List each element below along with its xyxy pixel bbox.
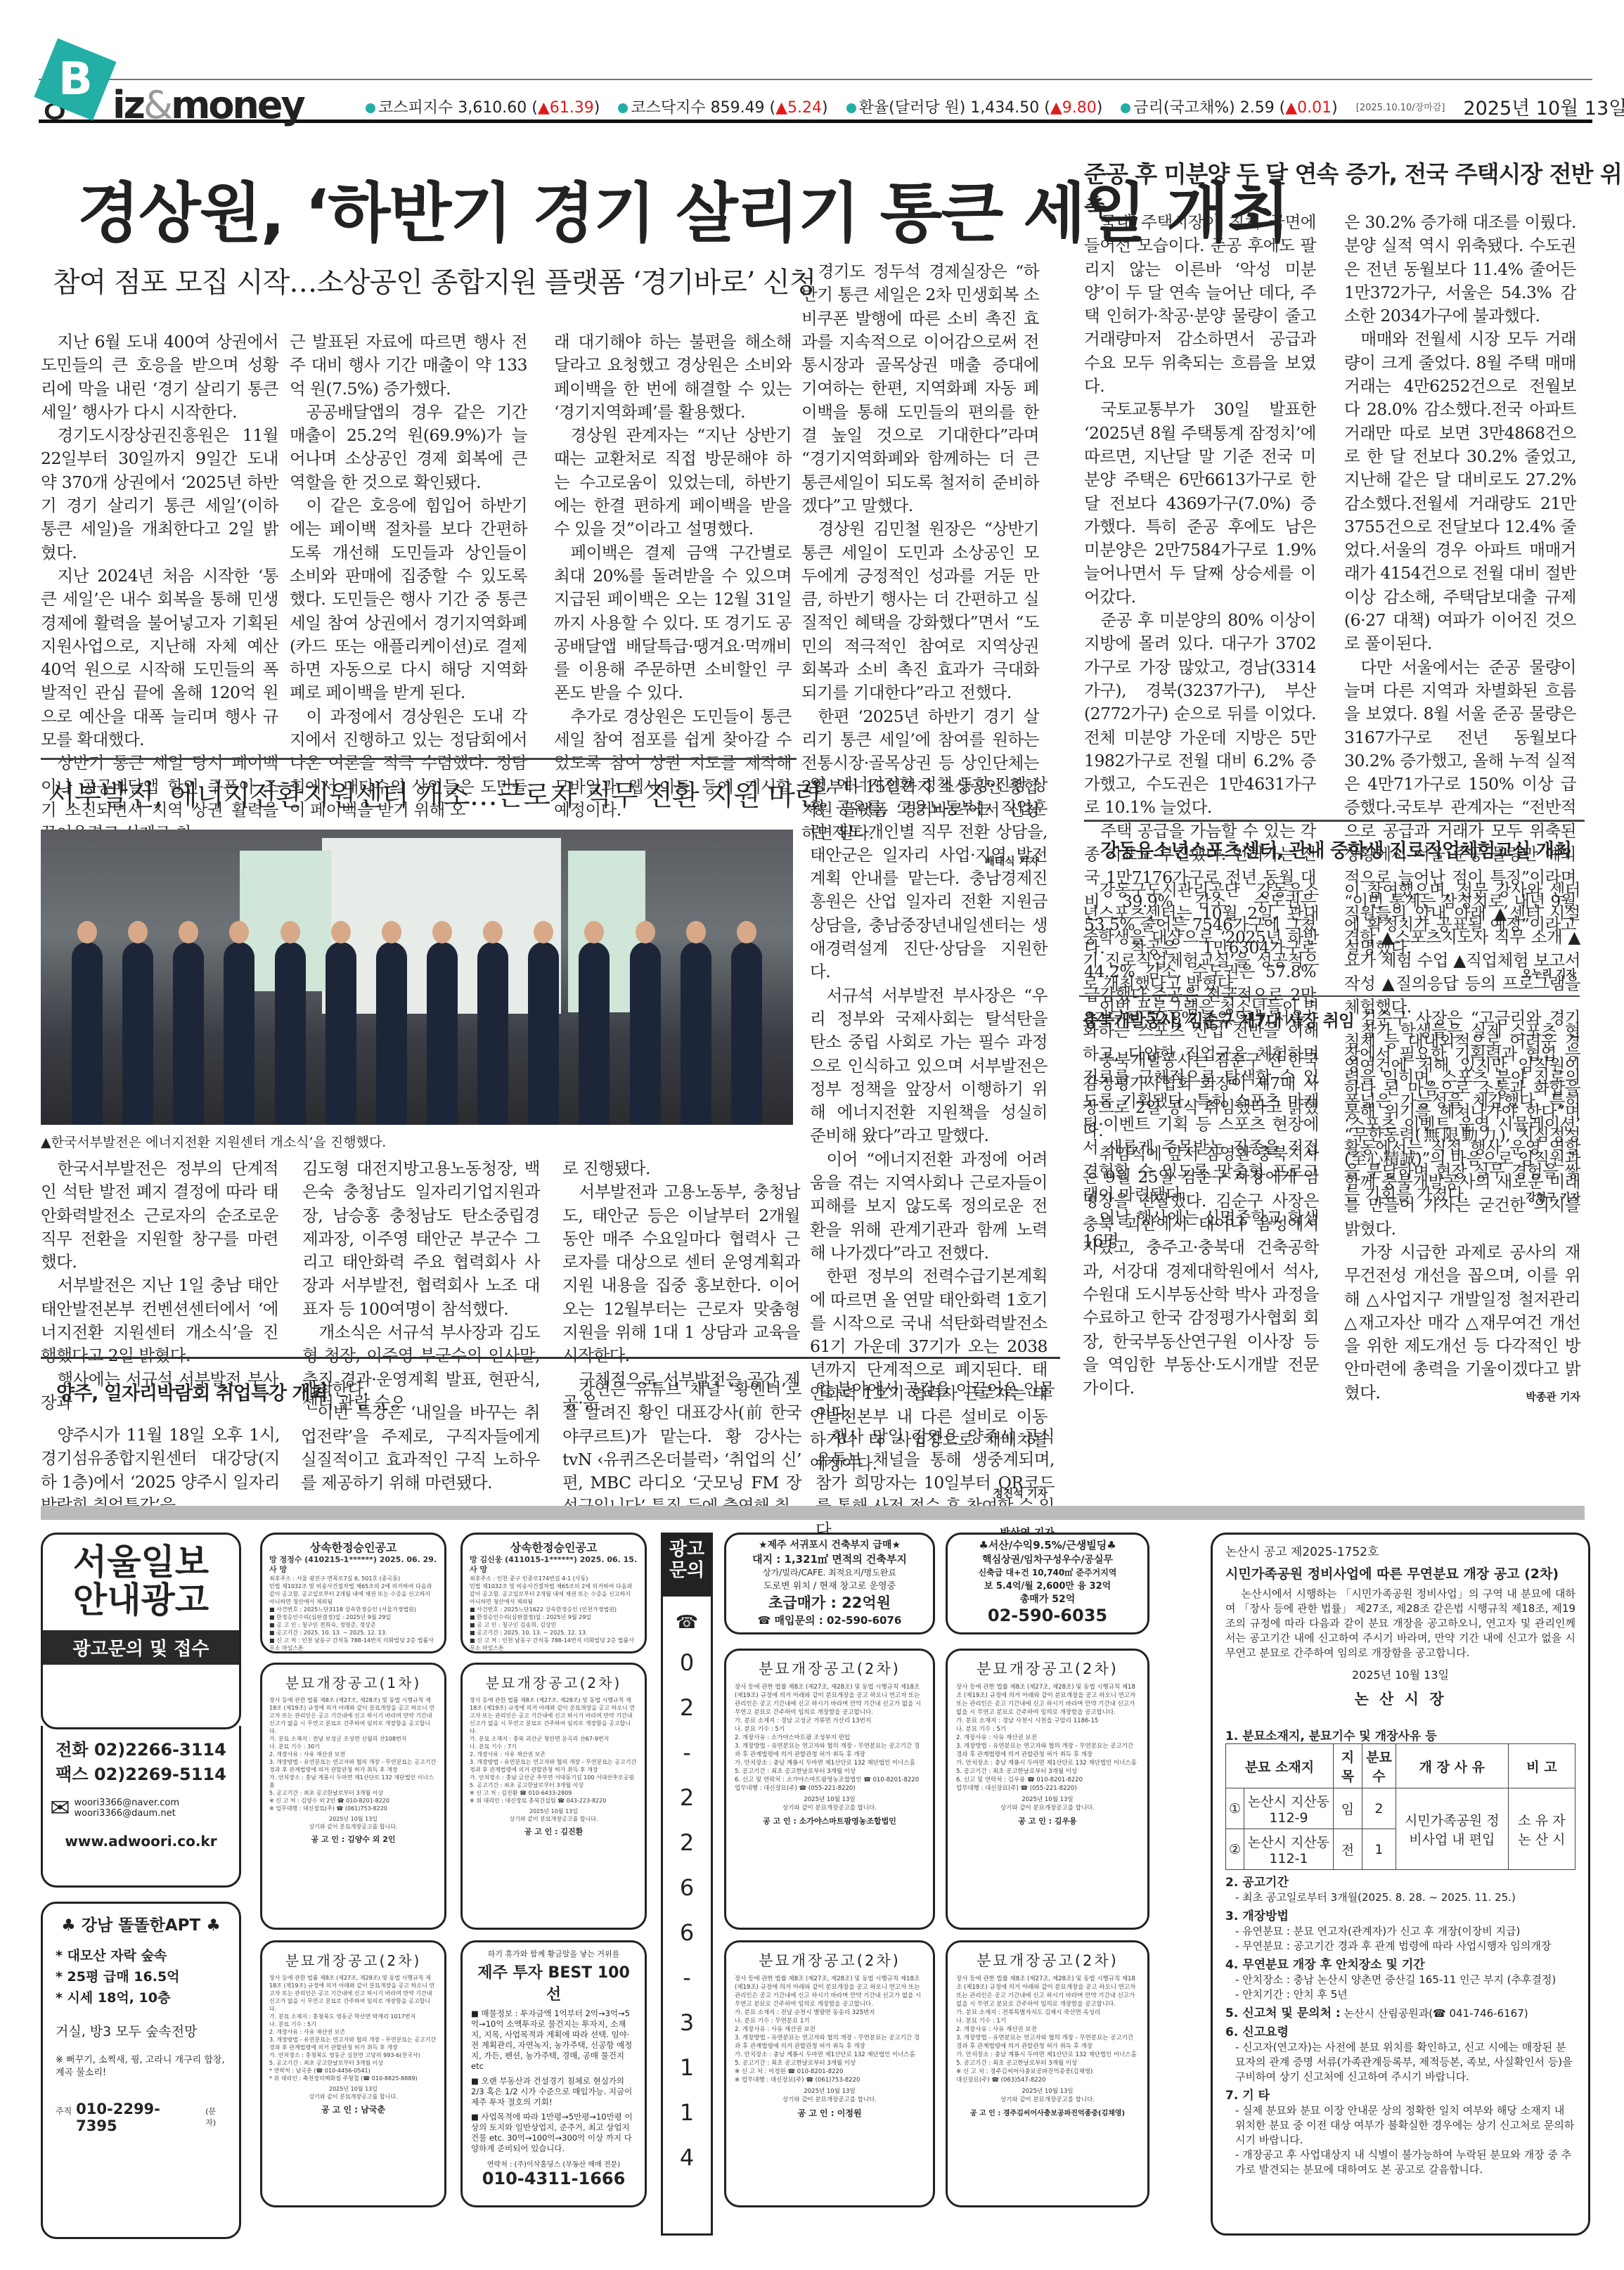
ad-title: ♣서산/수익9.5%/근생빌딩♣ [953, 1537, 1142, 1552]
notice-footer: 상기와 같이 분묘개장공고를 합니다. [735, 2096, 924, 2104]
grave-notice-6: 분묘개장공고(2차) 장사 등에 관한 법률 제8조 (제27조, 제28조) … [724, 1940, 935, 2207]
notice-body: 논산시에서 시행하는 「시민가족공원 정비사업」의 구역 내 분묘에 대하여 「… [1225, 1587, 1575, 1660]
section-heading: 5. 신고처 및 문의처 : [1225, 2006, 1341, 2020]
article6-col3: 강연은 유튜브 채널 ‘황엔터’로 잘 알려진 황인 대표강사(前 한국야쿠르트… [562, 1378, 801, 1518]
paragraph: 지난 2024년 처음 시작한 ‘통큰 세일’은 내수 회복을 통해 민생경제에… [41, 565, 278, 752]
notice-contact: ※ 신 고 처 : 김양수 외 2인 ☎ 010-8201-8220 [269, 1797, 437, 1805]
notice-date: 2025년 10월 13일 [956, 2087, 1139, 2096]
article5-col1: 충북개발공사는 김순구 전 한국감정평가사협회 회장이 제7대 사장으로 2일 … [1083, 1049, 1319, 1400]
section-body: - 개장공고 후 사업대상지 내 식별이 불가능하여 누락된 분묘와 개장 중 … [1225, 2148, 1575, 2177]
section-heading: 4. 무연분묘 개장 후 안치장소 및 기간 [1225, 1958, 1575, 1973]
table-cell: 논산시 지산동 112-1 [1244, 1829, 1334, 1870]
photo-person [72, 942, 103, 1125]
section-body: - 안치장소 : 충남 논산시 양촌면 중산길 165-11 인근 부지 (추후… [1225, 1973, 1575, 1987]
notice-method: 3. 개장방법 - 유연분묘는 연고자와 협의 개장 - 무연분묘는 공고기간 … [956, 2034, 1139, 2051]
notice-method: 3. 개장방법 - 유연분묘는 연고자와 협의 개장 - 무연분묘는 공고기간 … [470, 1758, 638, 1774]
ad-line: 신축급 대+건 10,740㎡ 준주거지역 [953, 1566, 1142, 1578]
paragraph: 이번 특강은 ‘내일을 바꾸는 취업전략’을 주제로, 구직자들에게 실질적이고… [301, 1401, 540, 1495]
notice-address: 최후주소 : 서울 광진구 면목로7길 6, 501호 (중곡동) [269, 1575, 437, 1582]
phone-number[interactable]: 전화 02)2266-3114 [50, 1736, 232, 1760]
bullet-icon [618, 103, 628, 113]
website-link[interactable]: www.adwoori.co.kr [50, 1833, 232, 1850]
notice-contact: * 연락처 : 남국춘 (☎ 010-4456-0541) [269, 2067, 437, 2075]
notice-sections: 2. 공고기간 - 최초 공고일로부터 3개월(2025. 8. 28. ~ 2… [1225, 1876, 1575, 2177]
paragraph: 이어 “에너지전환 과정에 어려움을 겪는 지역사회나 근로자들이 피해를 보지… [810, 1148, 1048, 1265]
paragraph: 이 참여했으며, 전문 강사와 센터 직원들의 안내 아래 ▲센터 시설 견학 … [1344, 879, 1580, 1019]
ad-title: 제주 투자 BEST 100선 [471, 1961, 636, 2004]
inheritance-notice-1: 상속한정승인공고 망 정정수 (410215-1******) 2025. 06… [260, 1533, 446, 1653]
notice-item: ■ 공고기간 : 2025. 10. 13. ~ 2025. 12. 13. [269, 1629, 437, 1637]
section-body: - 신고자(연고자)는 사전에 분묘 위치를 확인하고, 신고 시에는 매장된 … [1225, 2040, 1575, 2084]
notice-item: ■ 공 고 인 : 청구인 전희숙, 정영준, 정상준 [269, 1621, 437, 1629]
notice-body: 장사 등에 관한 법률 제8조 (제27조, 제28조) 및 동법 시행규칙 제… [948, 1975, 1147, 2104]
table-cell: 시민가족공원 정비사업 내 편입 [1396, 1788, 1508, 1870]
paragraph: 공공배달앱의 경우 같은 기간 매출이 25.2억 원(69.9%)가 늘어나며… [290, 401, 527, 494]
notice-item: ■ 공 고 인 : 청구인 김송희, 김상민 [470, 1621, 638, 1629]
notice-body: 민법 제1032조 및 비송사건절차법 제65조의 2에 의거하여 다음과 같이… [470, 1582, 638, 1606]
ticker-rate: 금리(국고채%) 2.59 (▲0.01) [1121, 96, 1337, 117]
gangnam-apt-ad: ♣ 강남 똘똘한APT ♣ * 대모산 자락 숲속 * 25평 급매 16.5억… [41, 1902, 241, 2239]
notice-title: 상속한정승인공고 [269, 1539, 437, 1555]
paragraph: 양주시가 11월 18일 오후 1시, 경기섬유종합지원센터 대강당(지하 1층… [41, 1424, 280, 1517]
section-heading: 2. 공고기간 [1225, 1876, 1575, 1890]
notice-method: 3. 개장방법 - 유연분묘는 연고자와 협의 개장 - 무연분묘는 공고기간 … [269, 1758, 437, 1774]
jeju-land-ad: ★제주 서귀포시 건축부지 급매★ 대지 : 1,321㎡ 면적의 건축부지 상… [724, 1533, 935, 1634]
seosan-building-ad: ♣서산/수익9.5%/근생빌딩♣ 핵심상권/임차구성우수/공실무 신축급 대+건… [946, 1533, 1149, 1634]
notice-body: 장사 등에 관한 법률 제8조 (제27조, 제28조) 및 동법 시행규칙 제… [726, 1975, 933, 2104]
notice-contact: 6. 신고 및 연락처 : 소가야스마트팜영농조합법인 ☎ 010-8201-8… [735, 1776, 924, 1784]
ad-line: 도로변 위치 / 현재 창고로 운영중 [732, 1578, 927, 1592]
bullet-icon [846, 103, 856, 113]
bullet-icon [366, 103, 375, 113]
notice-footer: 상기와 같이 분묘개장공고를 합니다. [956, 2096, 1139, 2104]
notice-signer: 공 고 인 : 소가야스마트팜영농조합법인 [726, 1815, 933, 1826]
ad-section-divider [41, 1506, 1585, 1520]
email-link[interactable]: woori3366@naver.com [75, 1798, 180, 1808]
notice-agent: ※ 업무대행 : 대신장묘(주) ☎ (061)753-8220 [269, 1805, 437, 1812]
notice-contact: ※ 신 고 처 : 김진환 ☎ 010-6433-2809 [470, 1789, 638, 1797]
paragraph: 래 대기해야 하는 불편을 해소해달라고 요청했고 경상원은 소비와 페이백을 … [554, 330, 792, 424]
notice-period: 5. 공고기간 : 최초 공고한날로부터 3개월 이상 [470, 1781, 638, 1789]
grave-notice-3: 분묘개장공고(2차) 장사 등에 관한 법률 제8조 (제27조, 제28조) … [724, 1649, 935, 1930]
article6-col1: 양주시가 11월 18일 오후 1시, 경기섬유종합지원센터 대강당(지하 1층… [41, 1424, 280, 1517]
article5-col2: 김순구 사장은 “고금리와 경기침체 등 대내외적으로 어려운 경영여건에 처해… [1344, 1007, 1580, 1404]
table-cell: 임 [1333, 1788, 1362, 1829]
notice-location: 가. 분묘 소재지 : 전남 순천시 별량면 동송리 325번지 [735, 2008, 924, 2017]
notice-location: 가. 분묘 소재지 : 전북특별자치도 김제시 죽산면 옥성리 [956, 2008, 1139, 2017]
paragraph: 강동구도시관리공단 강동유소년스포츠센터는 10월 2일, 관내 중학생을 대상… [1083, 879, 1319, 995]
notice-date: 2025년 10월 13일 [470, 1807, 638, 1815]
strip-digit: 1 [680, 2045, 694, 2090]
photo-person [681, 942, 711, 1125]
notice-title: 분묘개장공고(2차) [948, 1658, 1147, 1679]
notice-address: 최후주소 : 인천 중구 인중로174번길 4-1 (사동) [470, 1575, 638, 1582]
section-divider [1084, 820, 1585, 822]
notice-place: 가. 안치장소 : 충남 계룡시 두마면 제1산단로 132 재단법인 이너스홈 [735, 1759, 924, 1767]
notice-agent: * 위 대리인 : 축천장의백화점 주형철 (☎ 010-8825-8889) [269, 2075, 437, 2082]
contact-line: 5. 신고처 및 문의처 : 논산시 산림공원과(☎ 041-746-6167) [1225, 2006, 1575, 2021]
notice-reason: 2. 개장사유 : 소가야스마트팜 조성부지 편입 [735, 1734, 924, 1742]
article3-col2: 김도형 대전지방고용노동청장, 백은숙 충청남도 일자리기업지원과장, 남승홍 … [302, 1157, 540, 1414]
notice-place: 가. 안치장소 : 충남 계룡시 두마면 제1산단로 132 재단법인 이너스홈 [956, 1759, 1139, 1767]
table-cell: ② [1226, 1829, 1244, 1870]
notice-intro: 장사 등에 관한 법률 제8조 (제27조, 제28조) 및 동법 시행규칙 제… [956, 1683, 1139, 1717]
section-heading: 3. 개장방법 [1225, 1909, 1575, 1924]
grave-notice-4: 분묘개장공고(2차) 장사 등에 관한 법률 제8조 (제27조, 제28조) … [946, 1649, 1149, 1930]
article3-headline: 서부발전, 에너지전환지원센터 개소…근로자 직무 전환 지원 마련 [48, 773, 821, 813]
notice-item: ■ 신 고 처 : 인천 남동구 간석동 788-14번지 미화빌딩 2층 법률… [470, 1637, 638, 1652]
section-divider [1079, 995, 1580, 997]
table-cell: 전 [1333, 1829, 1362, 1870]
table-header: 비 고 [1508, 1744, 1575, 1788]
notice-place: 가. 안치장소 : 충남 계룡시 두마면 제1산단로 132 재단법인 이너스홈 [269, 1774, 437, 1789]
strip-digit: 4 [680, 2135, 694, 2180]
notice-location: 가. 분묘 소재지 : 충청북도 영동군 학산면 박계리 1017번지 [269, 2013, 437, 2020]
ad-bullet: ■ 매물정보 : 투자금액 1억부터 2억→3억→5억→10억 소액투자로 물건… [471, 2008, 636, 2072]
notice-body: 장사 등에 관한 법률 제8조 (제27조, 제28조) 및 동법 시행규칙 제… [463, 1696, 645, 1823]
notice-period: 5. 공고기간 : 최초 공고한날로부터 3개월 이상 [269, 1789, 437, 1797]
strip-digit: 1 [680, 2090, 694, 2135]
notice-date: 2025년 10월 13일 [1225, 1666, 1575, 1682]
notice-signer: 공 고 인 : 김양수 외 2인 [262, 1833, 444, 1845]
email-link[interactable]: woori3366@daum.net [75, 1808, 180, 1819]
paragraph: 서부발전과 고용노동부, 충청남도, 태안군 등은 이날부터 2개월 동안 매주… [562, 1180, 800, 1367]
section-body: - 실제 분묘와 분묘 이장 안내문 상의 정확한 일치 여부와 해당 소재지 … [1225, 2103, 1575, 2148]
notice-footer: 상기와 같이 분묘개장공고를 합니다. [956, 1804, 1139, 1812]
house-ad-title-line: 서울일보 [43, 1543, 239, 1581]
ad-phone[interactable]: 010-4311-1666 [471, 2169, 636, 2188]
notice-item: ■ 사건번호 : 2025느단1622 상속한정승인 (인천가정법원) [470, 1606, 638, 1613]
notice-item: ■ 신 고 처 : 인천 남동구 간석동 788-14번지 미화빌딩 2층 법률… [269, 1637, 437, 1652]
ad-bullet: ■ 사업목적에 따라 1만평→5만평→10만평 이상의 토지와 일반상업지, 준… [471, 2112, 636, 2154]
house-ad-title-line: 안내광고 [43, 1581, 239, 1619]
paragraph: 이 같은 호응에 힘입어 하반기에는 페이백 절차를 보다 간편하도록 개선해 … [290, 494, 527, 705]
notice-count: 나. 분묘 기수 : 5기 [956, 1725, 1139, 1734]
contact-label: 주직 [56, 2105, 72, 2117]
ticker-value: 859.49 [711, 99, 765, 117]
notice-place: 가. 안치장소 : 충청북도 영동군 심천면 고당리 993-6(천국사) [269, 2051, 437, 2059]
issue-date: 2025년 10월 13일 월요일 [1463, 93, 1624, 120]
article1-col1: 지난 6월 도내 400여 상권에서 도민들의 큰 호응을 받으며 성황리에 막… [41, 330, 278, 846]
house-ad: 서울일보안내광고 광고문의 및 접수 [41, 1533, 241, 1729]
strip-digit: 2 [680, 1685, 694, 1730]
paragraph: 업 분야에서 공감을 이끌어온 인물이다. [816, 1378, 1055, 1425]
notice-reason: 2. 개장사유 : 사유 재산권 보전 [269, 1750, 437, 1758]
notice-place: 가. 안치장소 : 충남 계룡시 두마면 제1산단로 132 재단법인 이너스홈 [735, 2051, 924, 2059]
market-close-note: [2025.10.10/장마감] [1356, 100, 1445, 113]
house-ad-band: 광고문의 및 접수 [43, 1630, 239, 1665]
paragraph: 은 30.2% 증가해 대조를 이뤘다.분양 실적 역시 위축됐다. 수도권은 … [1344, 211, 1576, 328]
ticker-kospi: 코스피지수 3,610.60 (▲61.39) [366, 96, 600, 117]
notice-title: 분묘개장공고(2차) [948, 1949, 1147, 1971]
notice-signer: 공 고 인 : 남국춘 [262, 2103, 444, 2115]
notice-reason: 2. 개장사유 : 사유 재산권 보전 [956, 2025, 1139, 2034]
notice-location: 가. 분묘 소재지 : 전남 보성군 조성면 신월리 산108번지 [269, 1735, 437, 1743]
fax-number: 팩스 02)2269-5114 [50, 1760, 232, 1785]
apt-ad-view: 거실, 방3 모두 숲속전망 [56, 2021, 226, 2040]
market-ticker: 코스피지수 3,610.60 (▲61.39) 코스닥지수 859.49 (▲5… [366, 90, 1589, 122]
notice-date: 2025. 10. 13. [470, 1652, 638, 1653]
notice-agent: ※ 업무대행 : 대신장묘(주) ☎ (061)753-8220 [735, 2076, 924, 2084]
strip-label: 광고문의 [663, 1535, 711, 1597]
section-body: - 유연분묘 : 분묘 연고자(관계자)가 신고 후 개장(이장비 지급) [1225, 1924, 1575, 1939]
photo-person [427, 942, 458, 1125]
apt-ad-contact: 주직010-2299-7395(문자) [56, 2101, 226, 2134]
notice-contact: 6. 신고 및 연락처 : 김우용 ☎ 010-8201-8220 [956, 1776, 1139, 1784]
notice-signer: 공 고 인 : 김우용 [948, 1815, 1147, 1826]
notice-count: 나. 분묘 기수 : 무연분묘 1기 [735, 2017, 924, 2025]
house-ad-contacts: 전화 02)2266-3114 팩스 02)2269-5114 ✉ woori3… [41, 1726, 241, 1888]
notice-place: 가. 안치장소 : 충남 금산군 추부면 서대동기길 100 서대산추모공원 [470, 1774, 638, 1781]
table-row: ① 논산시 지산동 112-9 임 2 시민가족공원 정비사업 내 편입 소 유… [1226, 1788, 1575, 1829]
strip-digit: - [683, 1955, 691, 2000]
notice-agent: 업무대행 : 대신장묘(주) ☎ (055-221-8220) [956, 1784, 1139, 1793]
strip-digit: 3 [680, 2000, 694, 2045]
ad-price: 초급매가 : 22억원 [732, 1592, 927, 1613]
notice-item: ■ 한정승인수리(심판결정)일 : 2025년 9월 29일 [269, 1613, 437, 1621]
ad-price: 총매가 52억 [953, 1592, 1142, 1606]
notice-title: 분묘개장공고(2차) [463, 1672, 645, 1692]
paragraph: 한국서부발전은 정부의 단계적인 석탄 발전 폐지 결정에 따라 태안화력발전소… [41, 1157, 278, 1274]
notice-agent: 대신장묘(주) ☎ (063)547-8220 [956, 2076, 1139, 2084]
ticker-change: ▲5.24 [775, 99, 822, 117]
notice-date: 2025년 10월 13일 [269, 1815, 437, 1823]
apt-ad-lines: * 대모산 자락 숲속 * 25평 급매 16.5억 * 시세 18억, 10층 [56, 1945, 226, 2008]
paragraph: 경기도시장상권진흥원은 11월 22일부터 30일까지 9일간 도내 약 370… [41, 424, 278, 565]
notice-body: 장사 등에 관한 법률 제8조 (제27조, 제28조) 및 동법 시행규칙 제… [262, 1696, 444, 1831]
ticker-label: 환율(달러당 원) [859, 99, 966, 117]
ad-title: ★제주 서귀포시 건축부지 급매★ [732, 1537, 927, 1552]
ticker-kosdaq: 코스닥지수 859.49 (▲5.24) [618, 96, 827, 117]
paragraph: 강연은 유튜브 채널 ‘황엔터’로 잘 알려진 황인 대표강사(前 한국야쿠르트… [562, 1378, 801, 1518]
ad-phone[interactable]: 02-590-6035 [953, 1606, 1142, 1625]
ad-line: 핵심상권/임차구성우수/공실무 [953, 1552, 1142, 1566]
grave-table: 분묘 소재지 지 목 분묘수 개 장 사 유 비 고 ① 논산시 지산동 112… [1225, 1743, 1575, 1870]
notice-agent: 업무대행 : 대신장묘(주) ☎ (055-221-8220) [735, 1784, 924, 1793]
table-cell: 1 [1362, 1829, 1396, 1870]
paragraph: 경기도 정두석 경제실장은 “하반기 통큰 세일은 2차 민생회복 소비쿠폰 발… [801, 260, 1039, 517]
paragraph: 서규석 서부발전 부사장은 “우리 정부와 국제사회는 탈석탄을 탄소 중립 사… [810, 984, 1048, 1148]
ticker-change: ▲61.39 [538, 99, 594, 117]
ad-inquiry-strip: 광고문의 ☎ 0 2 - 2 2 6 6 - 3 1 1 4 [661, 1533, 713, 2236]
notice-count: 나. 분묘 기수 : 7기 [470, 1743, 638, 1750]
notice-number: 논산시 공고 제2025-1752호 [1225, 1542, 1575, 1559]
notice-intro: 장사 등에 관한 법률 제8조 (제27조, 제28조) 및 동법 시행규칙 제… [735, 1683, 924, 1717]
paragraph: 근 발표된 자료에 따르면 행사 전주 대비 행사 기간 매출이 약 133억 … [290, 330, 527, 401]
notice-date: 2025년 10월 13일 [735, 1795, 924, 1804]
notice-intro: 장사 등에 관한 법률 제8조 (제27조, 제28조) 및 동법 시행규칙 제… [269, 1974, 437, 2013]
ticker-label: 코스닥지수 [631, 99, 705, 117]
notice-footer: 상기와 같이 분묘개장공고를 합니다. [735, 1804, 924, 1812]
notice-item: ■ 한정승인수리(심판결정)일 : 2025년 9월 29일 [470, 1613, 638, 1621]
notice-reason: 2. 개장사유 : 사유 재산권 보존 [470, 1750, 638, 1758]
grave-notice-1: 분묘개장공고(1차) 장사 등에 관한 법률 제8조 (제27조, 제28조) … [260, 1663, 446, 1930]
notice-date: 2025년 10월 13일 [269, 2085, 437, 2093]
photo-person [477, 942, 508, 1125]
photo-person [122, 942, 153, 1125]
contact-phone[interactable]: 논산시 산림공원과(☎ 041-746-6167) [1344, 2007, 1528, 2020]
notice-title: 시민가족공원 정비사업에 따른 무연분묘 개장 공고 (2차) [1225, 1563, 1575, 1582]
strip-digit: 0 [680, 1640, 694, 1685]
notice-period: 5. 공고기간 : 최초 공고한날로부터 3개월 이상 [956, 1767, 1139, 1776]
notice-body: 장사 등에 관한 법률 제8조 (제27조, 제28조) 및 동법 시행규칙 제… [726, 1683, 933, 1812]
paragraph: 김순구 사장은 “고금리와 경기침체 등 대내외적으로 어려운 경영여건에 처해… [1344, 1007, 1580, 1241]
envelope-icon: ✉ [50, 1798, 70, 1819]
paragraph: 충북개발공사는 김순구 전 한국감정평가사협회 회장이 제7대 사장으로 2일 … [1083, 1049, 1319, 1142]
section-heading: 7. 기 타 [1225, 2089, 1575, 2103]
notice-place: 가. 안치장소 : 충남 계룡시 두마면 제1산단로 132 재단법인 이너스홈 [956, 2051, 1139, 2059]
grave-notice-5: 분묘개장공고(2차) 장사 등에 관한 법률 제8조 (제27조, 제28조) … [260, 1940, 446, 2207]
notice-item: ■ 공고기간 : 2025. 10. 13. ~ 2025. 12. 13. [470, 1629, 638, 1637]
section-divider [41, 758, 797, 760]
notice-issuer: 논 산 시 장 [1225, 1688, 1575, 1709]
notice-period: 5. 공고기간 : 최초 공고한날로부터 3개월 이상 [735, 1767, 924, 1776]
notice-location: 가. 분묘 소재지 : 경남 고성군 거류면 거산리 13번지 [735, 1717, 924, 1725]
ticker-value: 3,610.60 [458, 99, 527, 117]
notice-signer: 공 고 인 : 김진환 [463, 1826, 645, 1837]
article1-subheadline: 참여 점포 모집 시작…소상공인 종합지원 플랫폼 ‘경기바로’ 신청 [53, 260, 816, 300]
nonsan-city-notice: 논산시 공고 제2025-1752호 시민가족공원 정비사업에 따른 무연분묘 … [1211, 1533, 1590, 2236]
contact-note: (문자) [205, 2105, 226, 2128]
table-header-row: 분묘 소재지 지 목 분묘수 개 장 사 유 비 고 [1226, 1744, 1575, 1788]
ticker-label: 코스피지수 [378, 99, 453, 117]
notice-footer: 상기와 같이 분묘개장공고를 합니다. [269, 2093, 437, 2101]
notice-date: 2025. 10. 13. [269, 1652, 437, 1653]
notice-agent: ※ 위 대리인 : 대신장묘 충북건설팀 ☎ 043-223-8220 [470, 1797, 638, 1805]
notice-reason: 2. 개장사유 : 사유 재산권 보전 [735, 2025, 924, 2034]
notice-title: 상속한정승인공고 [470, 1539, 638, 1555]
photo-person [275, 942, 306, 1125]
notice-reason: 2. 개장사유 : 사유 재산권 보존 [269, 2028, 437, 2036]
notice-period: 5. 공고기간 : 최초 공고한날로부터 3개월 이상 [956, 2059, 1139, 2068]
article3-photo [41, 830, 793, 1125]
photo-person [579, 942, 610, 1125]
bullet-icon [1121, 103, 1130, 113]
notice-title: 분묘개장공고(2차) [726, 1658, 933, 1679]
section-body: - 최초 공고일로부터 3개월(2025. 8. 28. ~ 2025. 11.… [1225, 1890, 1575, 1905]
notice-method: 3. 개장방법 - 유연분묘는 연고자와 협의 개장 - 무연분묘는 공고기간 … [956, 1742, 1139, 1759]
strip-digits: 0 2 - 2 2 6 6 - 3 1 1 4 [663, 1640, 711, 2180]
notice-count: 나. 분묘 기수 : 5기 [735, 1725, 924, 1734]
paragraph: 국내 주택시장이 침체 국면에 들어선 모습이다. 준공 후에도 팔리지 않는 … [1084, 211, 1316, 398]
section-body: - 무연분묘 : 공고기간 경과 후 관계 법령에 따라 사업시행자 임의개장 [1225, 1939, 1575, 1954]
paragraph: 준공 후 미분양의 80% 이상이 지방에 몰려 있다. 대구가 3702가구로… [1084, 609, 1316, 820]
notice-date: 2025년 10월 13일 [956, 1795, 1139, 1804]
notice-body: 민법 제1032조 및 비송사건절차법 제65조의 2에 의거하여 다음과 같이… [269, 1582, 437, 1606]
paragraph: 취임식에 앞서 김영환 충북지사는 9월 25일 김순구 사장에게 임명장을 전… [1083, 1142, 1319, 1400]
notice-title: 분묘개장공고(1차) [262, 1672, 444, 1692]
notice-count: 나. 분묘 기수 : 1기 [956, 2017, 1139, 2025]
strip-digit: 6 [680, 1865, 694, 1910]
table-header: 지 목 [1333, 1744, 1362, 1788]
section-logo: iz&money [112, 83, 304, 127]
article3-col1: 한국서부발전은 정부의 단계적인 석탄 발전 폐지 결정에 따라 태안화력발전소… [41, 1137, 278, 1414]
photo-person [224, 942, 254, 1125]
table-cell: 2 [1362, 1788, 1396, 1829]
article3-col3: 로 진행됐다. 서부발전과 고용노동부, 충청남도, 태안군 등은 이날부터 2… [562, 1157, 800, 1414]
ticker-change: ▲9.80 [1050, 99, 1097, 117]
paragraph: 국토교통부가 30일 발표한 ‘2025년 8월 주택통계 잠정치’에 따르면,… [1084, 398, 1316, 609]
photo-person [528, 942, 559, 1125]
inheritance-notice-2: 상속한정승인공고 망 김신웅 (411015-1******) 2025. 06… [460, 1533, 647, 1653]
grave-notice-2: 분묘개장공고(2차) 장사 등에 관한 법률 제8조 (제27조, 제28조) … [460, 1663, 647, 1930]
ticker-exchange: 환율(달러당 원) 1,434.50 (▲9.80) [846, 96, 1103, 117]
ad-line: 상가/빌라/CAFE. 최적요지/명도완료 [732, 1566, 927, 1578]
logo-money: money [171, 83, 304, 127]
paragraph: 경상원 관계자는 “지난 상반기 때는 교환처로 직접 방문해야 하는 수고로움… [554, 424, 792, 541]
paragraph: 서부발전은 지난 1일 충남 태안 태안발전본부 컨벤션센터에서 ‘에너지전환 … [41, 1274, 278, 1367]
ad-contact: 연락처 : (주)이삭홀딩스 (부동산 매매 전문) [471, 2158, 636, 2169]
notice-footer: 상기와 같이 분묘개장공고를 합니다. [269, 1823, 437, 1831]
notice-method: 3. 개장방법 - 유연분묘는 연고자와 협의 개장 - 무연분묘는 공고기간 … [269, 2036, 437, 2051]
article6-headline: 양주, 일자리박람회 취업특강 개최 [56, 1378, 328, 1405]
notice-reason: 2. 개장사유 : 사유 재산권 보전 [956, 1734, 1139, 1742]
notice-period: 5. 공고기간 : 최초 공고한날로부터 3개월 이상 [735, 2059, 924, 2068]
photo-group [62, 914, 772, 1125]
apt-phone[interactable]: 010-2299-7395 [76, 2101, 201, 2134]
email-block: ✉ woori3366@naver.comwoori3366@daum.net [50, 1798, 232, 1819]
email-list: woori3366@naver.comwoori3366@daum.net [75, 1798, 180, 1819]
apt-ad-note: ※ 뻐꾸기, 소쩍새, 꿩, 고라니 개구리 합창, 계곡 물소리! [56, 2054, 226, 2079]
paragraph: 로 진행됐다. [562, 1157, 800, 1180]
house-ad-title: 서울일보안내광고 [43, 1543, 239, 1619]
notice-contact: ※ 신 고 처 : 이정원 ☎ 010-8201-8220 [735, 2068, 924, 2076]
table-header: 분묘수 [1362, 1744, 1396, 1788]
article4-headline: 강동유소년스포츠센터, 관내 중학생 진로직업체험교실 개최 [1100, 835, 1571, 863]
photo-person [376, 942, 407, 1125]
notice-date: 2025년 10월 13일 [735, 2087, 924, 2096]
grave-notice-7: 분묘개장공고(2차) 장사 등에 관한 법률 제8조 (제27조, 제28조) … [946, 1940, 1149, 2207]
notice-deceased: 망 정정수 (410215-1******) 2025. 06. 29. 사 망 [269, 1555, 437, 1575]
table-cell: 소 유 자 논 산 시 [1508, 1788, 1575, 1870]
table-header: 개 장 사 유 [1396, 1744, 1508, 1788]
apt-ad-line: * 대모산 자락 숲속 [56, 1945, 226, 1966]
ad-intro: 하기 휴가와 함께 황금알을 낳는 거위를 [471, 1948, 636, 1959]
apt-ad-line: * 시세 18억, 10층 [56, 1987, 226, 2008]
article2-col2: 은 30.2% 증가해 대조를 이뤘다.분양 실적 역시 위축됐다. 수도권은 … [1344, 211, 1576, 981]
ad-contact[interactable]: ☎ 매입문의 : 02-590-6076 [732, 1613, 927, 1627]
logo-iz: iz [112, 83, 143, 127]
apt-ad-title: ♣ 강남 똘똘한APT ♣ [56, 1912, 226, 1935]
article6-col2: 개최한다. 이번 특강은 ‘내일을 바꾸는 취업전략’을 주제로, 구직자들에게… [301, 1378, 540, 1495]
notice-body: 장사 등에 관한 법률 제8조 (제27조, 제28조) 및 동법 시행규칙 제… [948, 1683, 1147, 1812]
paragraph: 김도형 대전지방고용노동청장, 백은숙 충청남도 일자리기업지원과장, 남승홍 … [302, 1157, 540, 1321]
section-heading: 1. 분묘소재지, 분묘기수 및 개장사유 등 [1225, 1726, 1575, 1743]
notice-location: 가. 분묘 소재지 : 충북 괴산군 청안면 운곡리 산67-9번지 [470, 1735, 638, 1743]
article1-col2: 근 발표된 자료에 따르면 행사 전주 대비 행사 기간 매출이 약 133억 … [290, 330, 527, 822]
table-cell: 논산시 지산동 112-9 [1244, 1788, 1334, 1829]
header-rule-top [39, 79, 1592, 80]
notice-title: 분묘개장공고(2차) [726, 1949, 933, 1971]
section-divider [41, 1357, 1060, 1359]
notice-intro: 장사 등에 관한 법률 제8조 (제27조, 제28조) 및 동법 시행규칙 제… [470, 1696, 638, 1735]
photo-person [173, 942, 204, 1125]
notice-location: 가. 분묘 소재지 : 경남 사천시 사천읍 구암리 1186-15 [956, 1717, 1139, 1725]
paragraph: 경상원 김민철 원장은 “상반기 통큰 세일이 도민과 소상공인 모두에게 긍정… [801, 517, 1039, 704]
jeju-best100-ad: 하기 휴가와 함께 황금알을 낳는 거위를 제주 투자 BEST 100선 ■ … [460, 1940, 647, 2207]
ticker-change: ▲0.01 [1285, 99, 1332, 117]
paragraph: 개최한다. [301, 1378, 540, 1401]
photo-person [630, 942, 661, 1125]
table-header: 분묘 소재지 [1226, 1744, 1334, 1788]
logo-letter: B [58, 53, 93, 105]
notice-period: 5. 공고기간 : 최초 공고한날로부터 3개월 이상 [269, 2059, 437, 2067]
notice-count: 나. 분묘 기수 : 5기 [269, 2020, 437, 2028]
notice-signer: 공 고 인 : 경주김씨어사충보공파진억종중(김채영) [948, 2107, 1147, 2117]
notice-intro: 장사 등에 관한 법률 제8조 (제27조, 제28조) 및 동법 시행규칙 제… [735, 1975, 924, 2008]
paragraph: 매매와 전월세 시장 모두 거래량이 크게 줄었다. 8월 주택 매매거래는 4… [1344, 328, 1576, 655]
notice-body: 장사 등에 관한 법률 제8조 (제27조, 제28조) 및 동법 시행규칙 제… [262, 1974, 444, 2101]
